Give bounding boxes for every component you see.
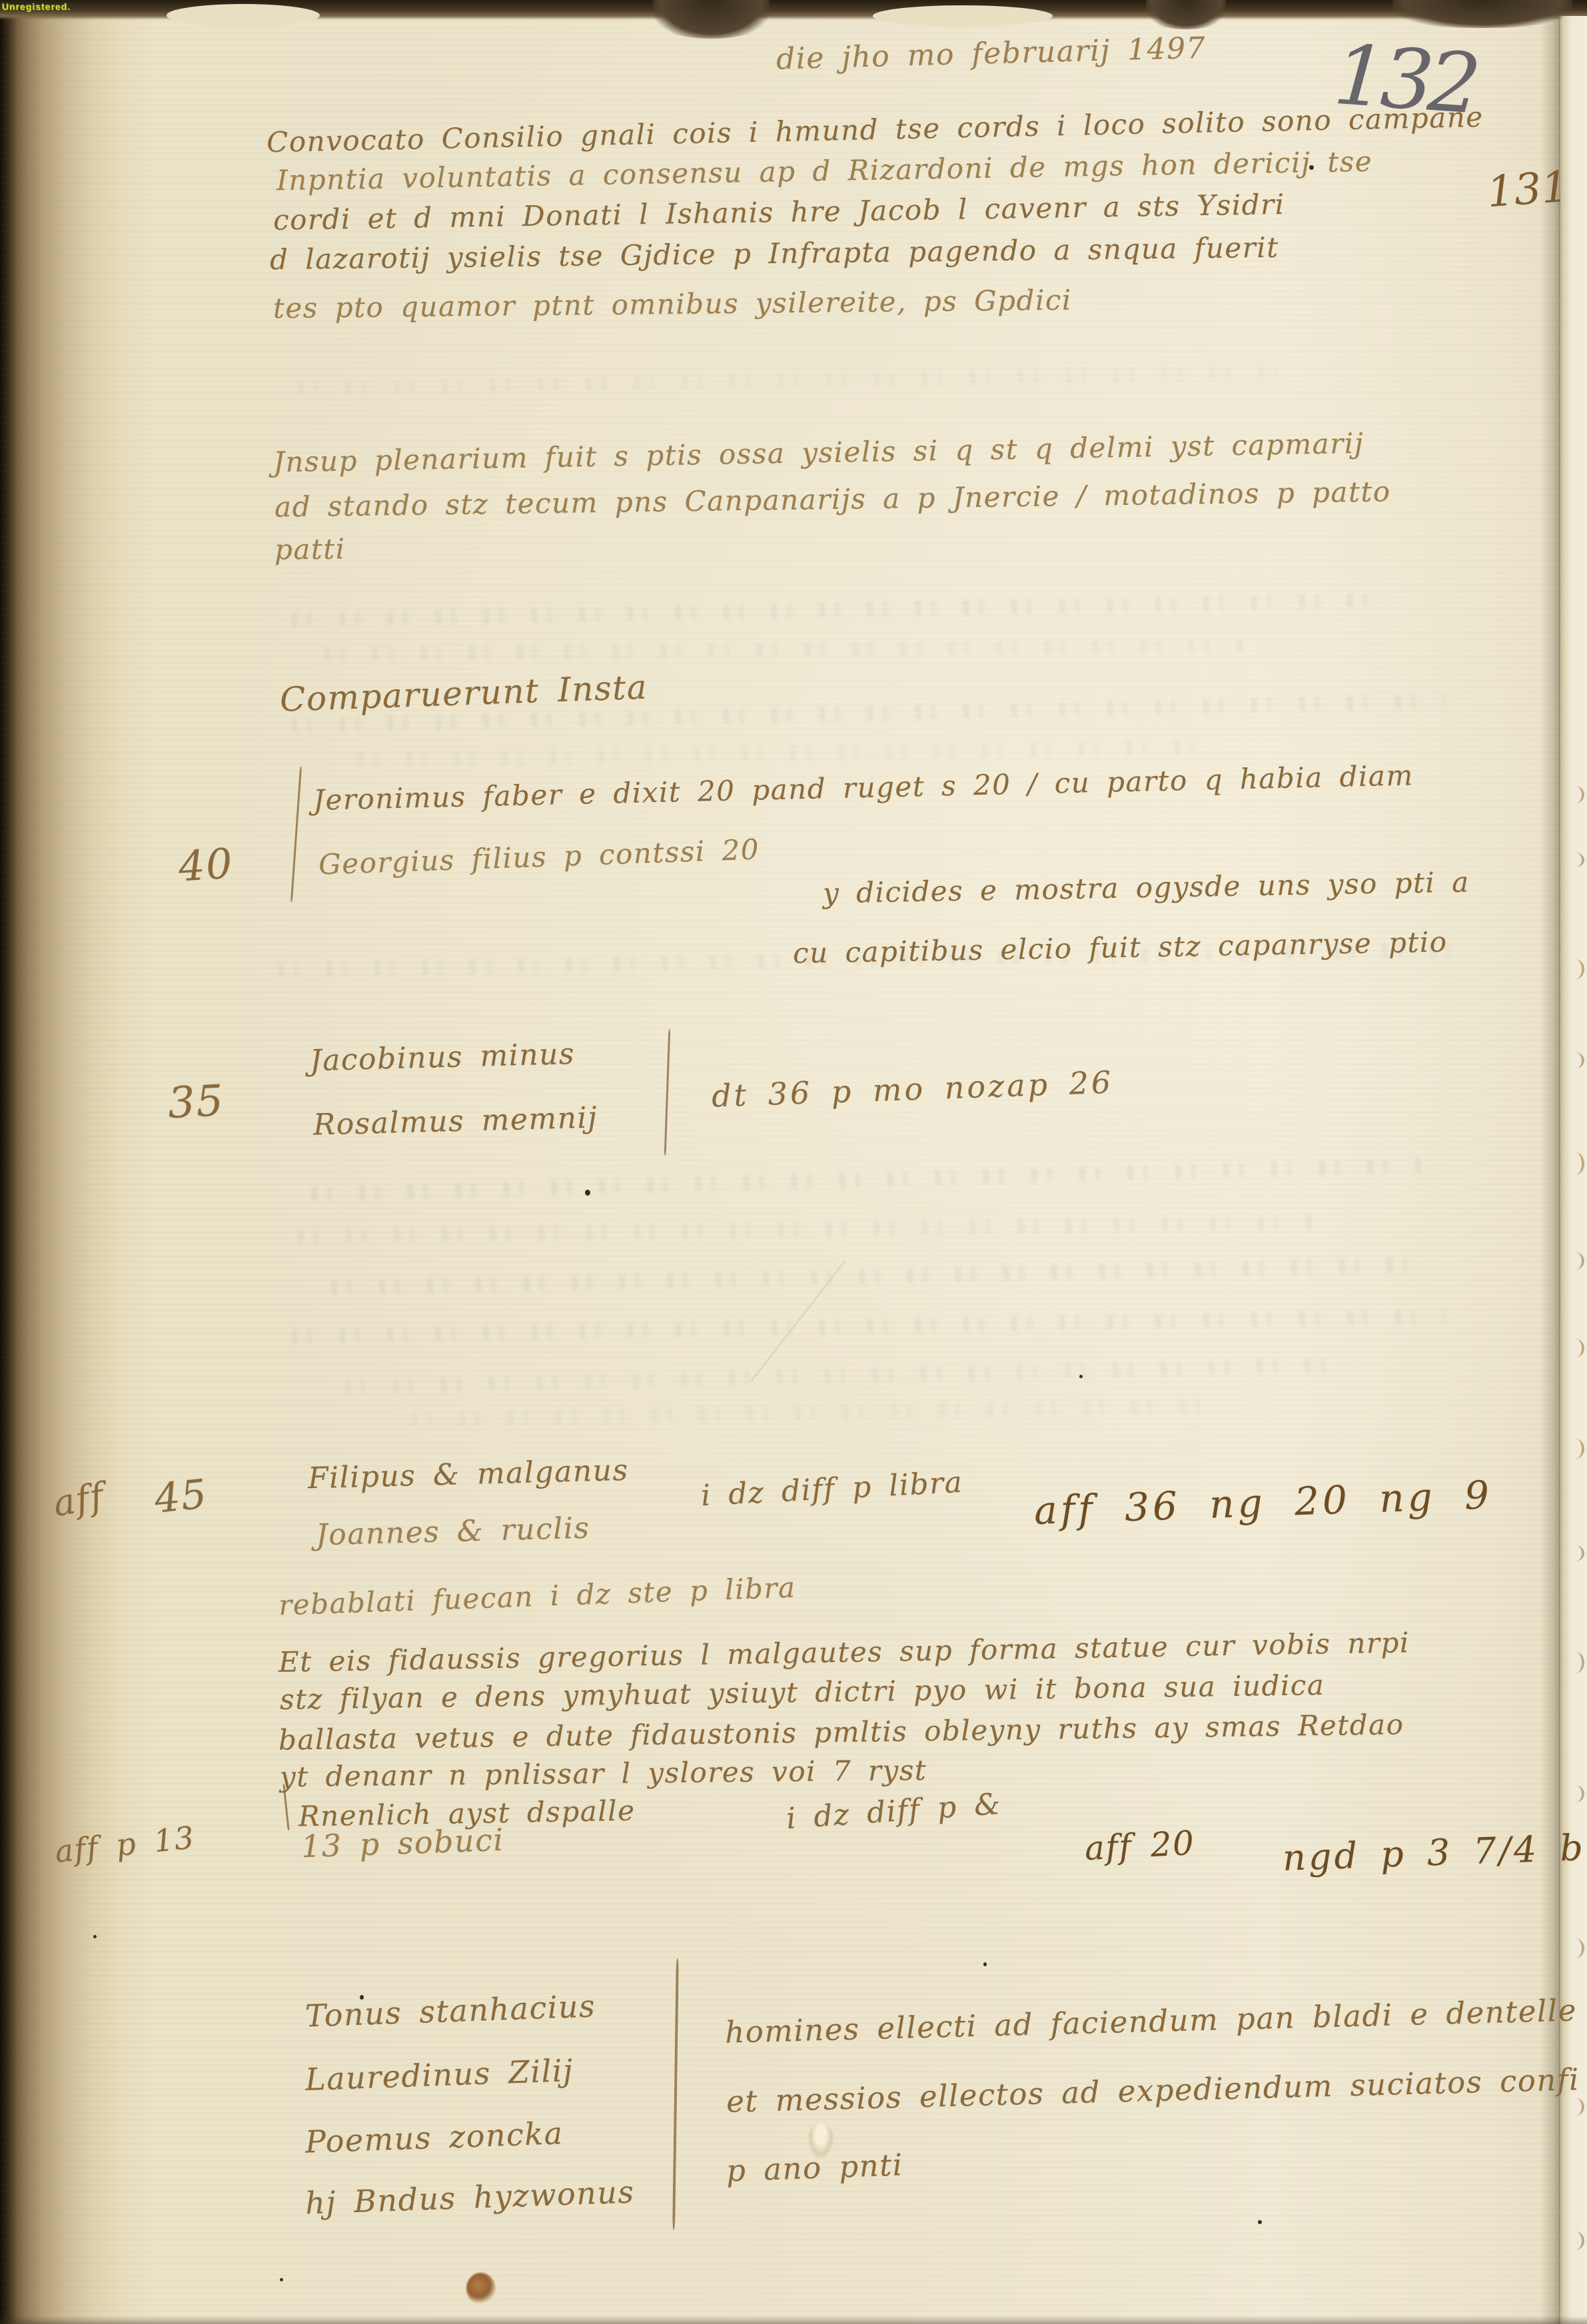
entry-35-name-1: Jacobinus minus — [309, 1037, 575, 1078]
under-page-ink-mark — [1572, 1439, 1584, 1459]
ink-speck — [585, 1190, 590, 1196]
ink-stain — [466, 2273, 496, 2305]
deckle-notch — [653, 0, 770, 39]
margin-number-35: 35 — [167, 1076, 225, 1128]
entry-13-name: 13 p sobuci — [300, 1822, 504, 1865]
ink-speck — [360, 1995, 364, 2000]
ink-speck — [1258, 2220, 1262, 2224]
margin-number-45: 45 — [153, 1471, 210, 1523]
under-page-sliver — [1559, 16, 1587, 2324]
margin-number-40: 40 — [177, 839, 235, 891]
under-page-ink-mark — [1572, 1938, 1584, 1958]
under-page-ink-mark — [1572, 1545, 1584, 1561]
scan-watermark: Unregistered. — [2, 1, 71, 12]
folio-number-ink: 131 — [1486, 163, 1570, 217]
fideiussio-line-4: yt denanr n pnlissar l yslores voi 7 rys… — [280, 1754, 927, 1793]
under-page-ink-mark — [1572, 2231, 1584, 2250]
ink-speck — [1309, 165, 1314, 170]
under-page-ink-mark — [1572, 853, 1584, 867]
ink-speck — [280, 2278, 283, 2281]
under-page-ink-mark — [1572, 1785, 1584, 1802]
deckle-bump — [873, 5, 1053, 27]
entry-13-amount-1: aff 20 — [1084, 1824, 1196, 1868]
under-page-ink-mark — [1572, 2098, 1584, 2116]
under-page-ink-mark — [1572, 1052, 1584, 1068]
juramentum-line-3: patti — [274, 533, 346, 566]
under-page-ink-mark — [1572, 1339, 1584, 1357]
bottom-page-edge — [0, 2316, 1587, 2324]
deckle-bump — [167, 4, 320, 27]
entry-45-name-2: Joannes & ruclis — [315, 1511, 590, 1553]
ink-speck — [983, 1962, 987, 1966]
ink-speck — [93, 1935, 97, 1938]
page-edge-shadow — [1540, 17, 1560, 2324]
under-page-ink-mark — [1572, 1152, 1584, 1175]
manuscript-scan: Unregistered. 132 131 die jho mo februar… — [0, 0, 1587, 2324]
under-page-ink-mark — [1572, 959, 1584, 979]
under-page-ink-mark — [1572, 1652, 1584, 1673]
water-drip-mark — [807, 2124, 834, 2159]
ink-speck — [1079, 1375, 1083, 1378]
margin-mark-aff-45: aff — [50, 1475, 107, 1525]
under-page-ink-mark — [1572, 1252, 1584, 1270]
deckle-notch — [1146, 0, 1226, 29]
under-page-ink-mark — [1572, 786, 1584, 803]
